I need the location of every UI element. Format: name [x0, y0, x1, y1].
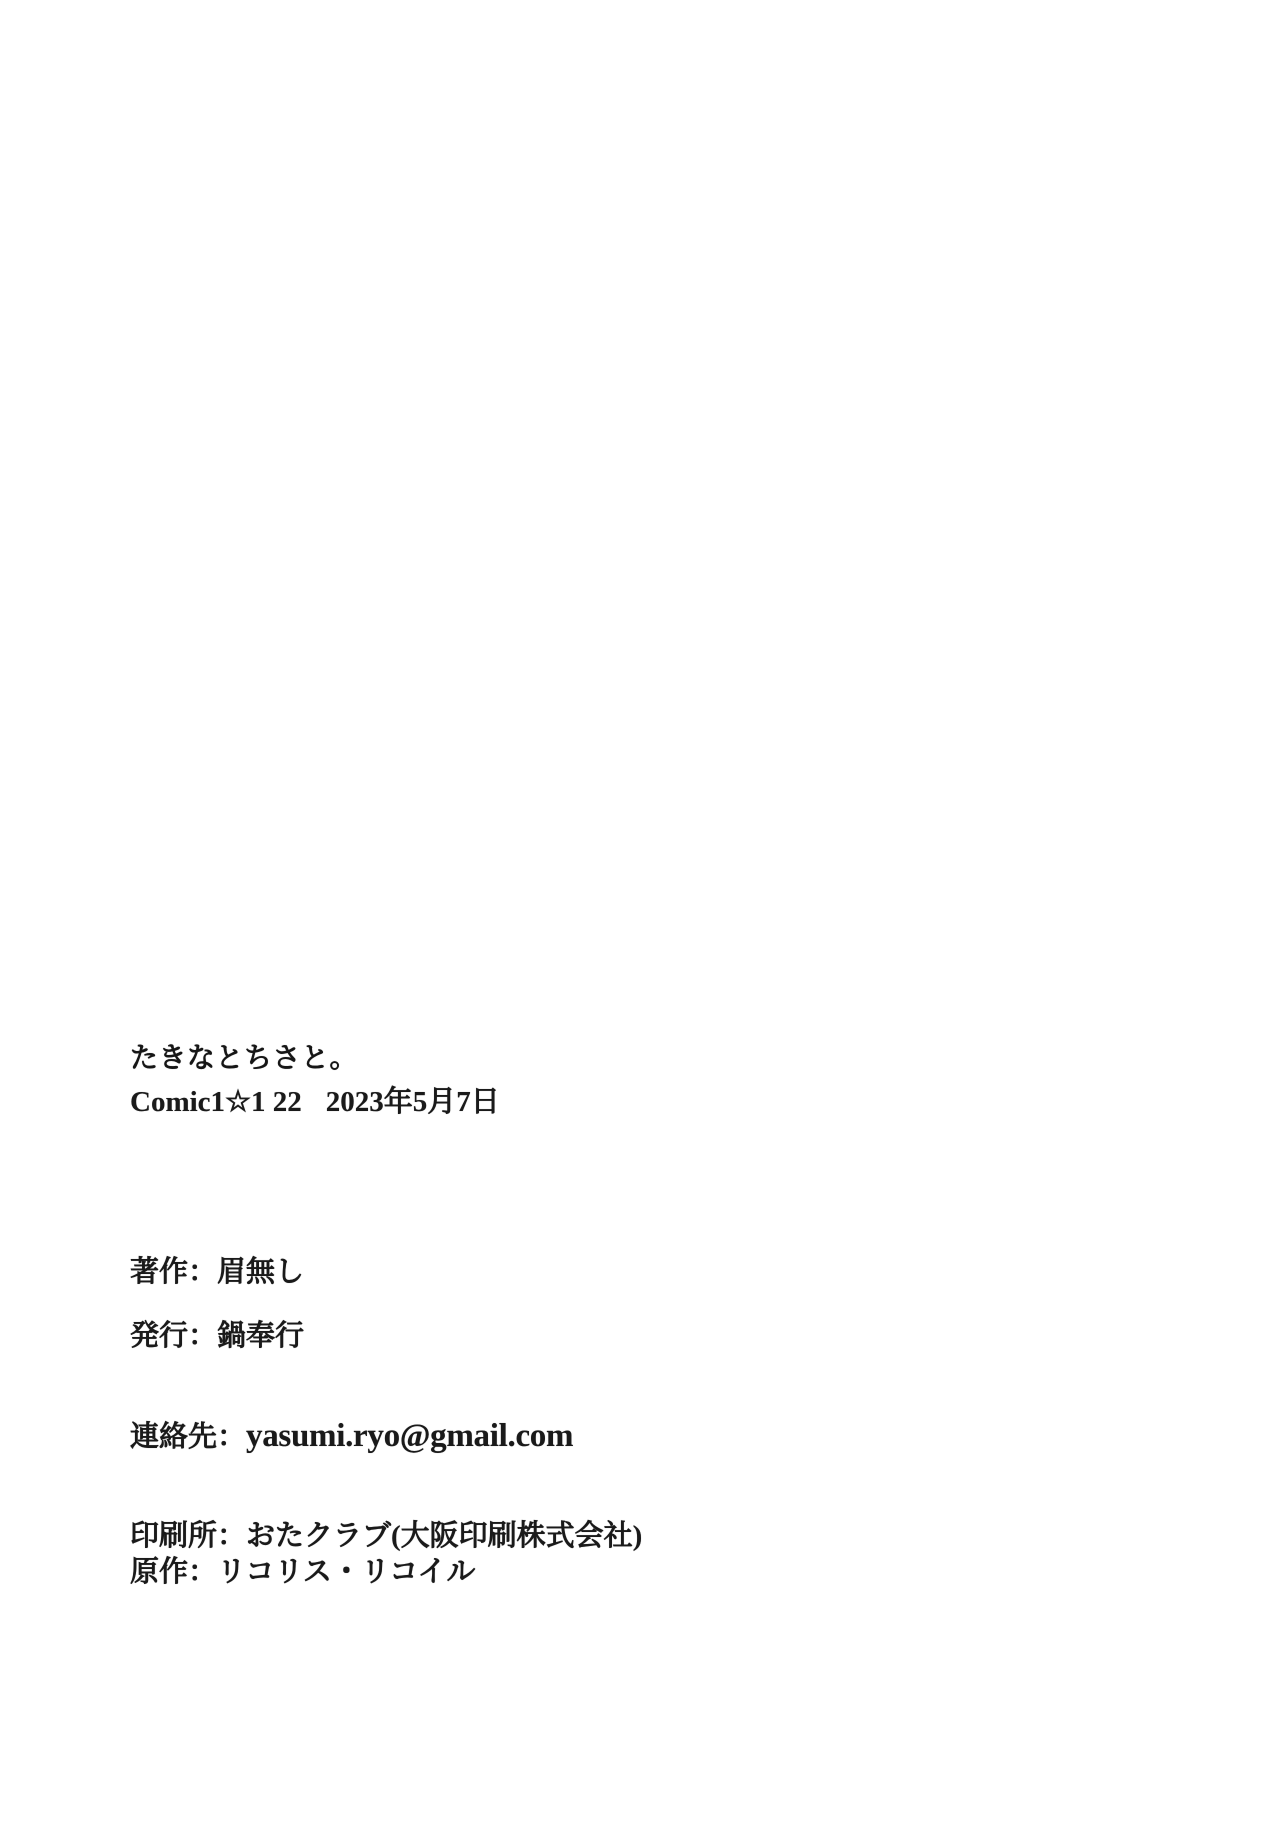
event-name: Comic1☆1 22: [130, 1086, 302, 1118]
author-line: 著作：眉無し: [130, 1258, 304, 1287]
contact-line: 連絡先：yasumi.ryo@gmail.com: [130, 1420, 573, 1453]
original-work-label: 原作：: [130, 1556, 217, 1588]
original-work-line: 原作：リコリス・リコイル: [130, 1558, 475, 1587]
event-line: Comic1☆1 222023年5月7日: [130, 1088, 500, 1117]
event-date: 2023年5月7日: [326, 1086, 500, 1118]
printer-label: 印刷所：: [130, 1520, 246, 1552]
printer-line: 印刷所：おたクラブ(大阪印刷株式会社): [130, 1522, 642, 1551]
original-work-name: リコリス・リコイル: [217, 1556, 475, 1588]
author-label: 著作：: [130, 1256, 217, 1288]
book-title: たきなとちさと。: [130, 1044, 358, 1072]
publisher-line: 発行：鍋奉行: [130, 1322, 304, 1351]
author-name: 眉無し: [217, 1256, 304, 1288]
contact-email: yasumi.ryo@gmail.com: [246, 1418, 573, 1454]
publisher-label: 発行：: [130, 1320, 217, 1352]
printer-name: おたクラブ(大阪印刷株式会社): [246, 1520, 642, 1552]
contact-label: 連絡先：: [130, 1421, 246, 1453]
colophon-page: たきなとちさと。 Comic1☆1 222023年5月7日 著作：眉無し 発行：…: [0, 0, 1280, 1824]
publisher-name: 鍋奉行: [217, 1320, 304, 1352]
